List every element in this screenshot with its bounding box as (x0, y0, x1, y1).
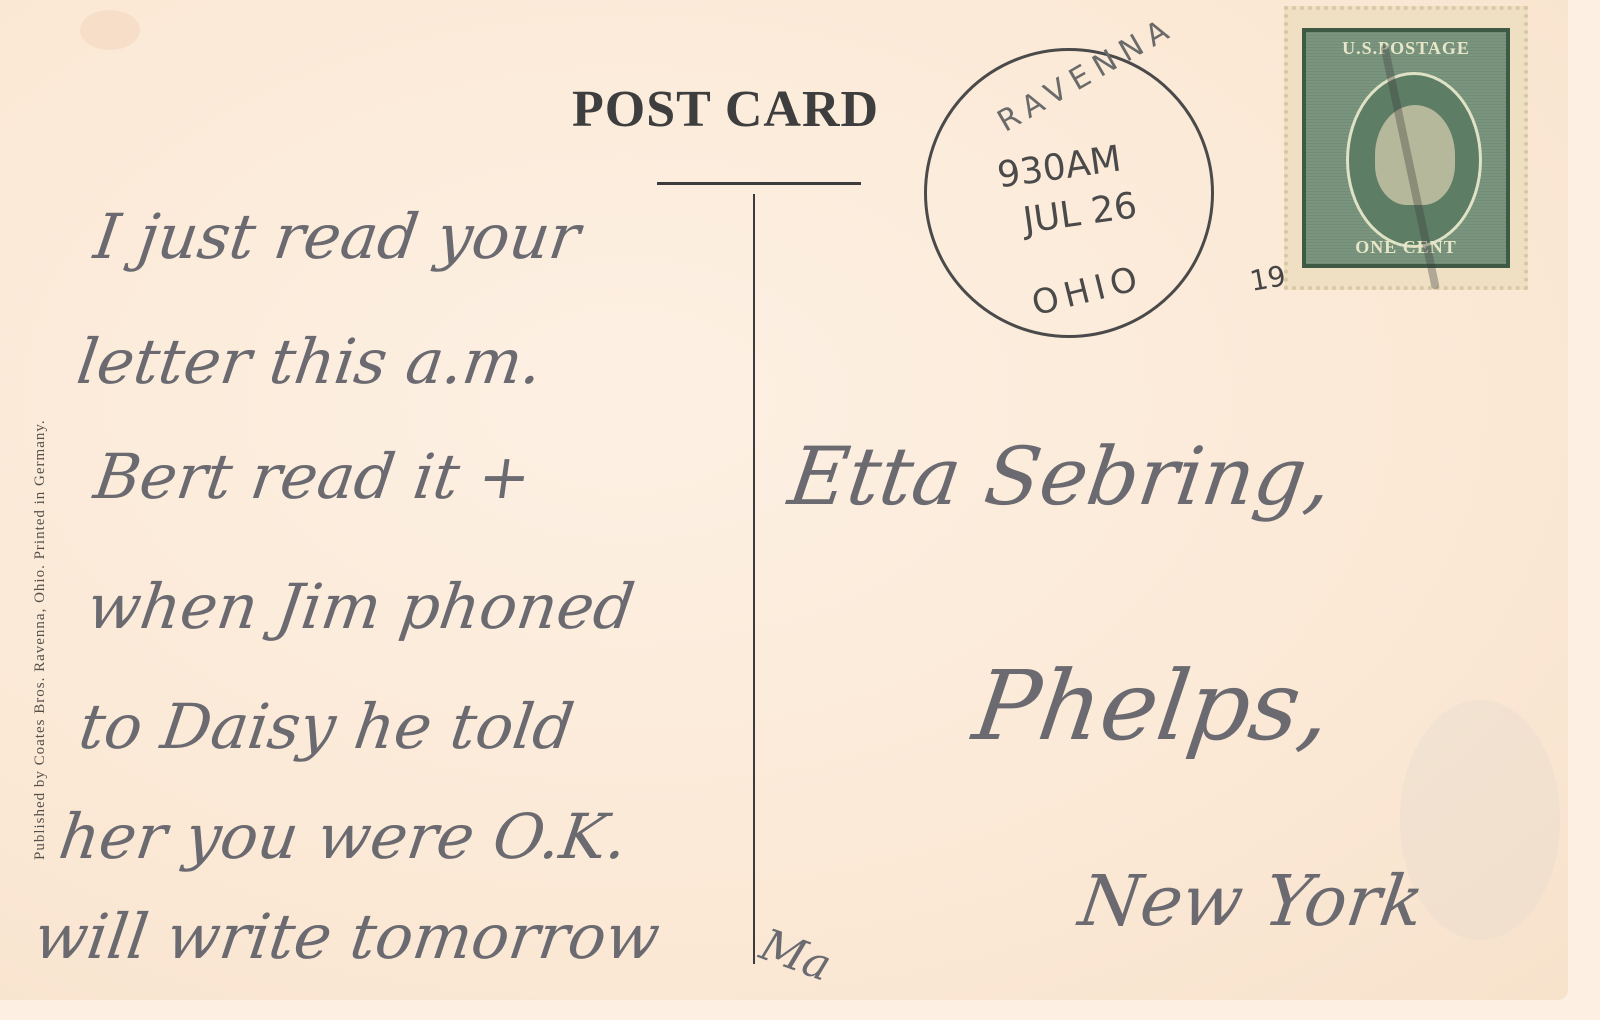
publisher-imprint: Published by Coates Bros. Ravenna, Ohio.… (32, 419, 49, 860)
stamp-bottom-text: ONE CENT (1306, 237, 1506, 258)
message-line: I just read your (90, 200, 585, 273)
message-line: Bert read it + (90, 440, 536, 513)
message-line: letter this a.m. (73, 325, 547, 398)
card-title: POST CARD (572, 80, 879, 139)
postmark-time: 930AM (995, 139, 1124, 197)
address-city: Phelps, (967, 650, 1338, 762)
message-line: to Daisy he told (75, 690, 578, 763)
paper-stain (1400, 700, 1560, 940)
address-state: New York (1074, 860, 1429, 942)
postmark-state: OHIO (1028, 258, 1147, 324)
margin-note: Ma (753, 919, 837, 991)
message-line: her you were O.K. (55, 800, 632, 873)
postage-stamp: U.S.POSTAGE ONE CENT (1284, 6, 1528, 290)
paper-stain (80, 10, 140, 50)
title-underline (657, 182, 861, 185)
message-line: will write tomorrow (30, 900, 664, 973)
portrait-oval (1346, 72, 1482, 248)
postmark-year: 19 (1247, 259, 1288, 298)
postmark: RAVENNA 930AM JUL 26 OHIO (924, 48, 1214, 338)
stamp-top-text: U.S.POSTAGE (1306, 38, 1506, 59)
postmark-city: RAVENNA (992, 10, 1182, 140)
message-line: when Jim phoned (83, 570, 639, 643)
stamp-face: U.S.POSTAGE ONE CENT (1302, 28, 1510, 268)
postmark-date: JUL 26 (1021, 185, 1140, 242)
postcard-back: POST CARD Published by Coates Bros. Rave… (0, 0, 1568, 1000)
center-divider (753, 194, 755, 964)
address-name: Etta Sebring, (783, 430, 1337, 523)
